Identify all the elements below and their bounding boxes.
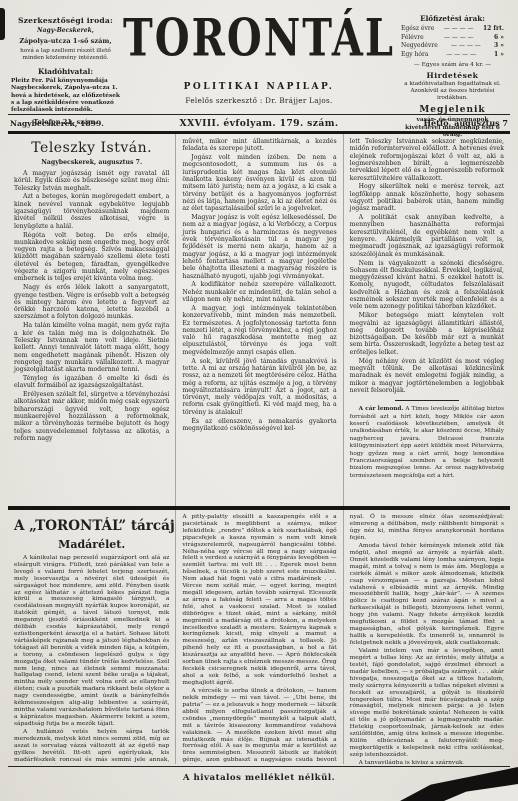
- price-leader: — — — —: [424, 34, 494, 43]
- publishes-title: Megjelenik: [395, 105, 510, 115]
- feuilleton-column-3: nyal. Ő is messze elnéz ólas szomszédjáv…: [343, 510, 510, 764]
- news-brief-text: A Times levelezője állítólag biztos forr…: [350, 406, 504, 479]
- publisher-office-text: Pleitz Fer. Pál könyvnyomdája Nagybecske…: [8, 78, 123, 114]
- paragraph: Régóta volt beteg. De erős elméje, munka…: [14, 232, 169, 283]
- price-leader: — — — —: [434, 25, 483, 34]
- ads-title: Hirdetések: [395, 71, 510, 80]
- price-label: Negyedévre: [401, 42, 438, 51]
- paragraph: Mikor betegsége miatt kénytelen volt meg…: [350, 312, 504, 356]
- price-leader: — — — —: [428, 51, 494, 60]
- paragraph: Nagy és erős lélek lakott a sanyargatott…: [14, 284, 169, 321]
- article-column-1-text: A magyar jogászság ismét egy ravatal áll…: [14, 170, 169, 442]
- paragraph: A vércsék is sorba ülnek a drótokon, — h…: [182, 688, 336, 764]
- paragraph: Azt a beteges, korán megöregedett embert…: [14, 193, 169, 230]
- paragraph: művét, mikor mint államtitkárnak, a kezd…: [182, 138, 336, 153]
- feuilleton-title: Madárélet.: [14, 538, 169, 551]
- dateline-day: Hétfő, augusztus 7: [368, 118, 508, 128]
- price-value: 1 »: [494, 51, 504, 60]
- lead-article-column-3: lett Teleszky Istvánnak sokszor megküzde…: [343, 134, 510, 506]
- lead-article-column-2: művét, mikor mint államtitkárnak, a kezd…: [175, 134, 342, 506]
- price-row: Negyedévre — — — — 3 »: [395, 42, 510, 51]
- price-label: Egész évre: [401, 25, 434, 34]
- price-label: Félévre: [401, 34, 424, 43]
- paragraph: nyal. Ő is messze elnéz ólas szomszédjáv…: [350, 514, 504, 542]
- news-brief: A cár lemond. A Times levelezője állítól…: [350, 406, 504, 480]
- masthead-title-box: TORONTÁL: [123, 10, 395, 76]
- masthead-center: TORONTÁL POLITIKAI NAPILAP. Felelős szer…: [123, 6, 395, 114]
- subscription-title: Előfizetési árak:: [395, 14, 510, 23]
- news-brief-title: A cár lemond.: [359, 406, 404, 412]
- price-row: Egy hóra — — — — 1 »: [395, 51, 510, 60]
- paragraph: Valami intelem van már a levegőben, amit…: [350, 648, 504, 759]
- news-brief-divider: [395, 400, 459, 401]
- scan-artifact-left-edge: [0, 8, 5, 40]
- paragraph: A pitty-palatty elszállt a kaszapengés e…: [182, 514, 336, 687]
- paragraph: lett Teleszky Istvánnak sokszor megküzde…: [350, 138, 504, 182]
- newspaper-subtitle: POLITIKAI NAPILAP.: [123, 82, 395, 92]
- dateline-issue: XXVIII. évfolyam. 179. szám.: [150, 118, 368, 129]
- paragraph: A magyar, jogi intézmények tekintetében …: [182, 305, 336, 356]
- paragraph: Magyar jogász is volt egész lelkesedésse…: [182, 214, 336, 280]
- feuilleton-column-3-text: nyal. Ő is messze elnéz ólas szomszédjáv…: [350, 514, 504, 764]
- paragraph: A sok, kívülről jövő támadás gyanakvóvá …: [182, 358, 336, 417]
- page-footer: A hivatalos melléklet nélkül.: [8, 766, 510, 783]
- feuilleton-section-title: A „TORONTÁL” tárcája.: [14, 518, 169, 534]
- single-copy-price: — Egyes szám ára 4 kr. —: [395, 62, 510, 68]
- lead-article-column-1: Teleszky István. Nagybecskerek, augusztu…: [8, 134, 175, 506]
- paragraph: A hullámzó vetés helyén sárga tarlók mer…: [14, 729, 169, 764]
- price-label: Egy hóra: [401, 51, 428, 60]
- editor-line: Felelős szerkesztő : Dr. Brájjer Lajos.: [123, 96, 395, 105]
- article-column-3-text: lett Teleszky Istvánnak sokszor megküzde…: [350, 138, 504, 394]
- price-row: Félévre — — — — 6 »: [395, 34, 510, 43]
- paragraph: Amoda távol fehér kémények intenek zöld …: [350, 543, 504, 647]
- newspaper-title: TORONTÁL: [123, 8, 395, 69]
- footer-note: A hivatalos melléklet nélkül.: [8, 773, 510, 783]
- paragraph: A kánikulai nap perzselő sugárzáport ont…: [14, 555, 169, 728]
- paragraph: Ha talán kimélte volna magát, nem győz r…: [14, 322, 169, 373]
- paragraph: A tanyavilágba is kivisz a szárnyuk,: [350, 760, 504, 764]
- masthead-header: Szerkesztőségi iroda: Nagy-Becskerek, Zá…: [8, 6, 510, 114]
- editorial-office-note: hová a lap szellemi részét illető minden…: [8, 48, 123, 62]
- feuilleton-column-1: A „TORONTÁL” tárcája. Madárélet. A kánik…: [8, 510, 175, 764]
- price-leader: — — — —: [438, 42, 494, 51]
- article-dateline: Nagybecskerek, augusztus 7.: [14, 159, 169, 166]
- feuilleton-column-2-text: A pitty-palatty elszállt a kaszapengés e…: [182, 514, 336, 764]
- editorial-office-street: Zápolya-utcza 1-ső szám,: [8, 37, 123, 45]
- paragraph: És az ellenszenv, a nemakarás gyakorta m…: [182, 418, 336, 433]
- article-column-2-text: művét, mikor mint államtitkárnak, a kezd…: [182, 138, 336, 432]
- editorial-office-box: Szerkesztőségi iroda: Nagy-Becskerek, Zá…: [8, 6, 123, 114]
- paragraph: Még néhány éven át küzdött és most végle…: [350, 358, 504, 395]
- price-value: 12 frt.: [483, 25, 504, 34]
- paragraph: Erélyesen szólalt fel, sürgetve a törvén…: [14, 391, 169, 442]
- feuilleton-section: A „TORONTÁL” tárcája. Madárélet. A kánik…: [8, 510, 510, 764]
- paragraph: Tényleg és igazában ő emelte ki ősdi és …: [14, 375, 169, 390]
- article-title: Teleszky István.: [14, 140, 169, 156]
- feuilleton-column-2: A pitty-palatty elszállt a kaszapengés e…: [175, 510, 342, 764]
- paragraph: Nem is vágyakozott a szónoki dicsőségre.…: [350, 260, 504, 311]
- newspaper-front-page: Szerkesztőségi iroda: Nagy-Becskerek, Zá…: [0, 0, 518, 801]
- subscription-box: Előfizetési árak: Egész évre — — — — 12 …: [395, 6, 510, 114]
- feuilleton-column-1-text: A kánikulai nap perzselő sugárzáport ont…: [14, 555, 169, 764]
- price-value: 3 »: [494, 42, 504, 51]
- ads-text: a kiadóhivatalban fogadtatnak el. Azonkí…: [395, 81, 510, 102]
- publisher-office-title: Kiadóhivatal:: [8, 67, 123, 76]
- paragraph: Jogász volt minden ízében. De nem a megc…: [182, 154, 336, 213]
- price-value: 6 »: [494, 34, 504, 43]
- dateline-place: Nagybecskerek, 1899.: [10, 119, 150, 128]
- paragraph: Hogy sikerültek neki e merész tervek, az…: [350, 183, 504, 212]
- editorial-office-title: Szerkesztőségi iroda:: [8, 16, 123, 25]
- editorial-office-city: Nagy-Becskerek,: [8, 27, 123, 34]
- paragraph: A kodifikátor nehéz szerepére vállalkozo…: [182, 281, 336, 303]
- price-row: Egész évre — — — — 12 frt.: [395, 25, 510, 34]
- paragraph: A magyar jogászság ismét egy ravatal áll…: [14, 170, 169, 192]
- paragraph: A politikát csak annyiban kedvelte, a me…: [350, 214, 504, 258]
- lead-article-section: Teleszky István. Nagybecskerek, augusztu…: [8, 134, 510, 506]
